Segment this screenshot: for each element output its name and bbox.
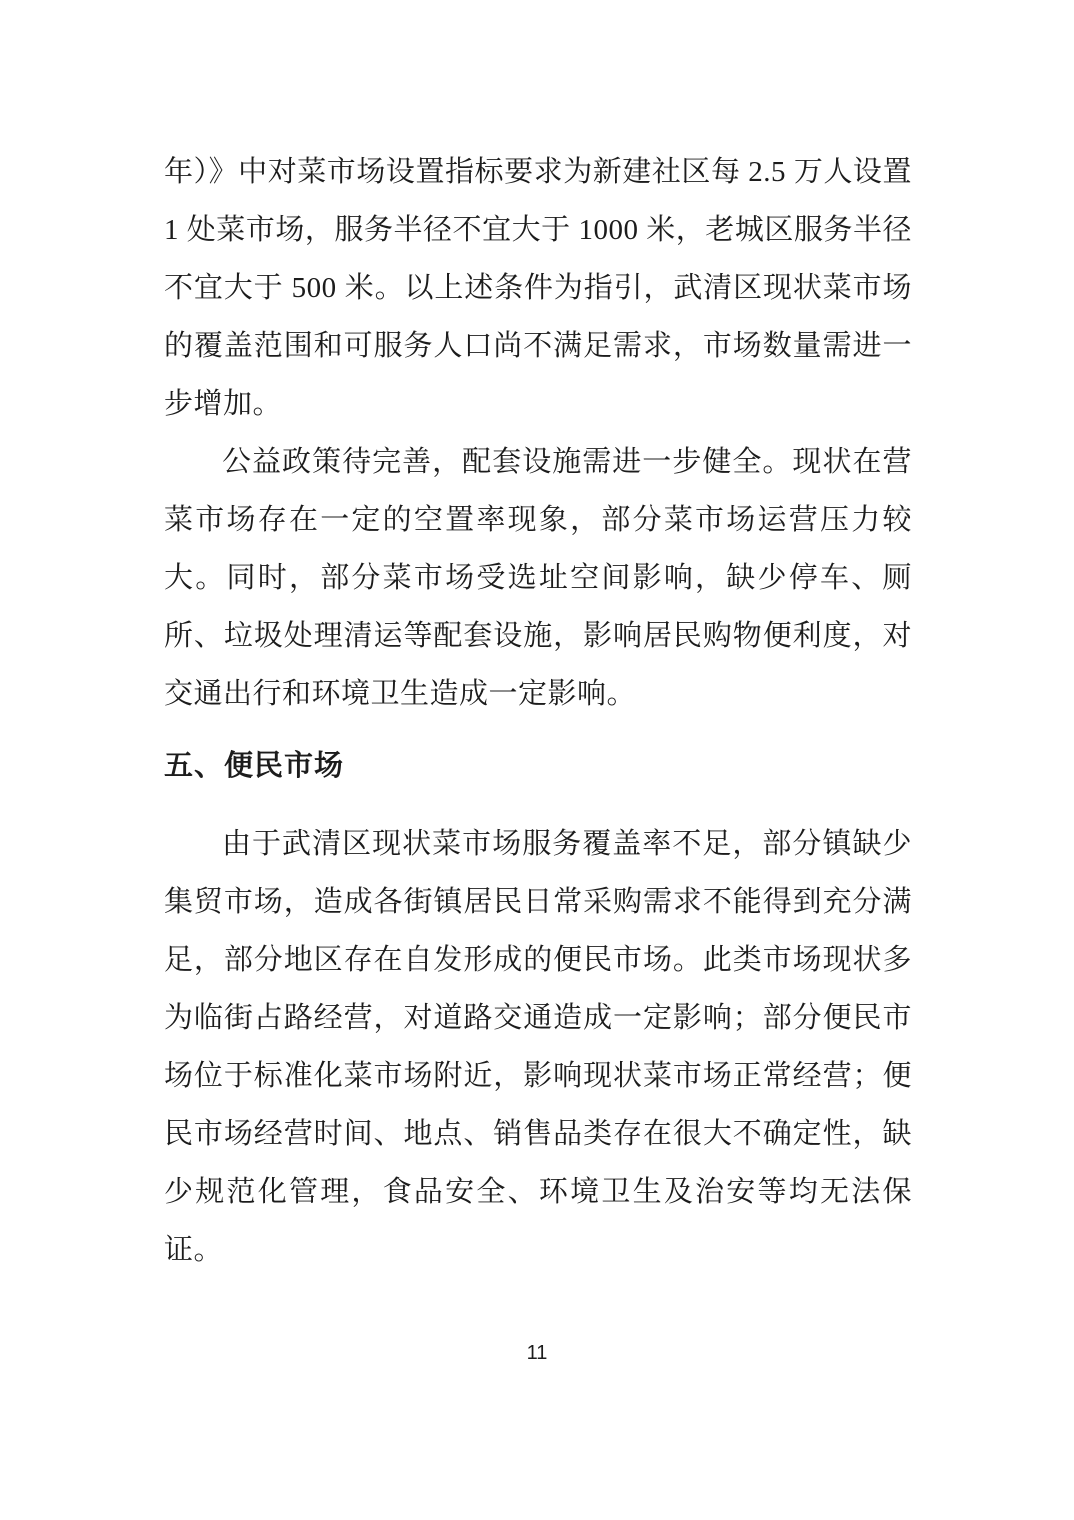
paragraph-convenience-markets: 由于武清区现状菜市场服务覆盖率不足，部分镇缺少集贸市场，造成各街镇居民日常采购需…	[164, 815, 912, 1279]
section-heading-convenience-markets: 五、便民市场	[164, 737, 912, 795]
page-number: 11	[0, 1340, 1074, 1366]
page-background: 年）》中对菜市场设置指标要求为新建社区每 2.5 万人设置 1 处菜市场，服务半…	[0, 0, 1074, 1520]
document-body: 年）》中对菜市场设置指标要求为新建社区每 2.5 万人设置 1 处菜市场，服务半…	[164, 143, 912, 1279]
paragraph-market-standards: 年）》中对菜市场设置指标要求为新建社区每 2.5 万人设置 1 处菜市场，服务半…	[164, 143, 912, 433]
document-page: { "document": { "colors": { "page_backgr…	[0, 0, 1074, 1520]
paragraph-public-policy: 公益政策待完善，配套设施需进一步健全。现状在营菜市场存在一定的空置率现象，部分菜…	[164, 433, 912, 723]
